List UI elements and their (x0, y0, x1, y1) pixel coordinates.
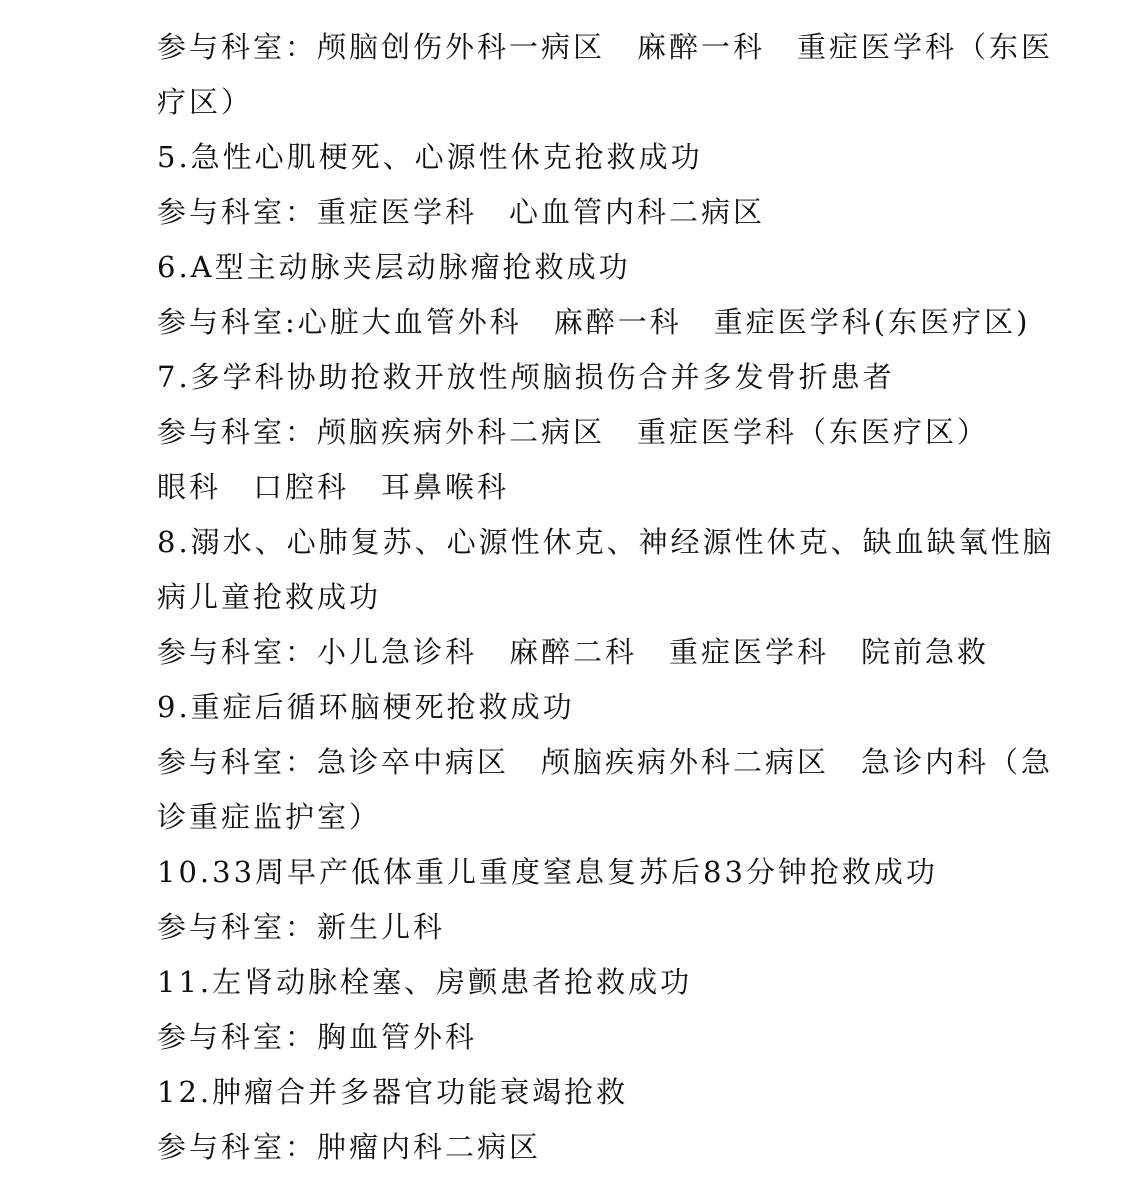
departments-line-11: 参与科室：胸血管外科 (157, 1010, 1037, 1065)
case-title-9: 9.重症后循环脑梗死抢救成功 (157, 680, 1037, 735)
departments-line-7: 参与科室：颅脑疾病外科二病区 重症医学科（东医疗区） (157, 405, 1037, 460)
case-title-11: 11.左肾动脉栓塞、房颤患者抢救成功 (157, 955, 1037, 1010)
document-page: 参与科室：颅脑创伤外科一病区 麻醉一科 重症医学科（东医 疗区） 5.急性心肌梗… (157, 20, 1037, 1175)
departments-continuation: 疗区） (157, 75, 1037, 130)
departments-line-9: 参与科室：急诊卒中病区 颅脑疾病外科二病区 急诊内科（急 (157, 735, 1037, 790)
case-title-8-continuation: 病儿童抢救成功 (157, 570, 1037, 625)
case-title-5: 5.急性心肌梗死、心源性休克抢救成功 (157, 130, 1037, 185)
departments-continuation-7: 眼科 口腔科 耳鼻喉科 (157, 460, 1037, 515)
departments-line-10: 参与科室：新生儿科 (157, 900, 1037, 955)
case-title-12: 12.肿瘤合并多器官功能衰竭抢救 (157, 1065, 1037, 1120)
case-title-10: 10.33周早产低体重儿重度窒息复苏后83分钟抢救成功 (157, 845, 1037, 900)
departments-line: 参与科室：颅脑创伤外科一病区 麻醉一科 重症医学科（东医 (157, 20, 1037, 75)
case-title-8: 8.溺水、心肺复苏、心源性休克、神经源性休克、缺血缺氧性脑 (157, 515, 1037, 570)
case-title-7: 7.多学科协助抢救开放性颅脑损伤合并多发骨折患者 (157, 350, 1037, 405)
case-title-6: 6.A型主动脉夹层动脉瘤抢救成功 (157, 240, 1037, 295)
departments-continuation-9: 诊重症监护室） (157, 790, 1037, 845)
departments-line-8: 参与科室：小儿急诊科 麻醉二科 重症医学科 院前急救 (157, 625, 1037, 680)
departments-line-6: 参与科室:心脏大血管外科 麻醉一科 重症医学科(东医疗区) (157, 295, 1037, 350)
departments-line-5: 参与科室：重症医学科 心血管内科二病区 (157, 185, 1037, 240)
departments-line-12: 参与科室：肿瘤内科二病区 (157, 1120, 1037, 1175)
